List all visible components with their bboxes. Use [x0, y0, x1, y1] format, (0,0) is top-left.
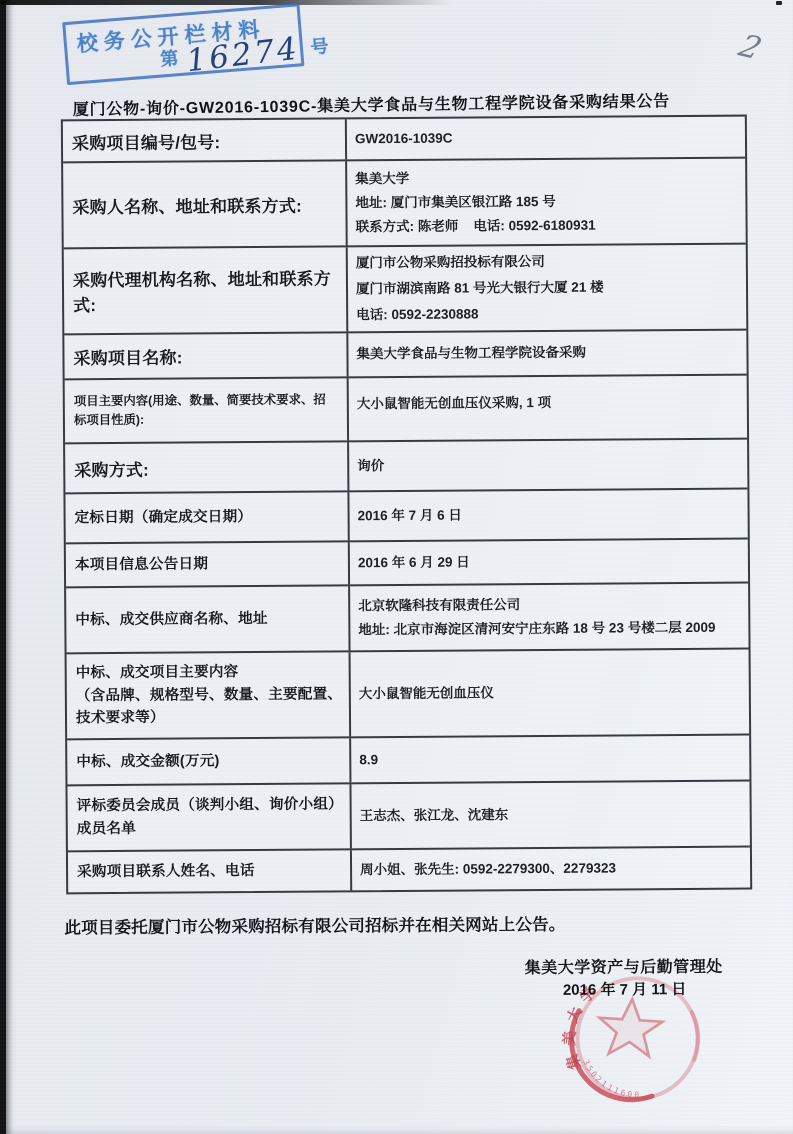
row-label: 本项目信息公告日期 [66, 542, 350, 586]
row-value: 2016 年 7 月 6 日 [349, 490, 747, 541]
row-value: 集美大学 地址: 厦门市集美区银江路 185 号 联系方式: 陈老师 电话: 0… [347, 159, 746, 246]
row-value: 王志杰、张江龙、沈建东 [351, 782, 749, 849]
row-label: 采购方式: [65, 442, 349, 492]
table-row: 采购项目联系人姓名、电话 周小姐、张先生: 0592-2279300、22793… [68, 848, 750, 893]
table-row: 评标委员会成员（谈判小组、询价小组） 成员名单 王志杰、张江龙、沈建东 [67, 782, 749, 853]
stamp-number-suffix: 号 [310, 36, 330, 57]
table-row: 采购代理机构名称、地址和联系方 式: 厦门市公物采购招投标有限公司 厦门市湖滨南… [64, 245, 747, 336]
table-row: 项目主要内容(用途、数量、简要技术要求、招 标项目性质): 大小鼠智能无创血压仪… [65, 376, 747, 445]
row-value: 大小鼠智能无创血压仪采购, 1 项 [349, 376, 747, 441]
row-value: GW2016-1039C [347, 117, 745, 160]
seal-circle-right-arc [689, 1012, 701, 1060]
row-label: 中标、成交供应商名称、地址 [66, 586, 350, 652]
row-label: 采购项目联系人姓名、电话 [68, 850, 352, 892]
procurement-table: 采购项目编号/包号: GW2016-1039C 采购人名称、地址和联系方式: 集… [61, 115, 752, 895]
row-label: 中标、成交项目主要内容 （含品牌、规格型号、数量、主要配置、 技术要求等） [67, 652, 352, 738]
row-label: 采购项目编号/包号: [63, 119, 347, 161]
row-label: 定标日期（确定成交日期） [65, 492, 349, 542]
table-row: 中标、成交金额(万元) 8.9 [67, 736, 749, 787]
red-seal: 集美大学 3502111600 [540, 957, 734, 1116]
row-value: 2016 年 6 月 29 日 [350, 540, 748, 585]
row-value: 厦门市公物采购招投标有限公司 厦门市湖滨南路 81 号光大银行大厦 21 楼 电… [348, 245, 747, 332]
archive-stamp-box: 校务公开栏材料 第 16274 号 [62, 3, 304, 85]
row-value: 北京软隆科技有限责任公司 地址: 北京市海淀区清河安宁庄东路 18 号 23 号… [350, 584, 748, 651]
row-value: 大小鼠智能无创血压仪 [351, 650, 750, 737]
table-row: 本项目信息公告日期 2016 年 6 月 29 日 [66, 540, 748, 589]
row-value: 周小姐、张先生: 0592-2279300、2279323 [352, 848, 750, 891]
row-label: 评标委员会成员（谈判小组、询价小组） 成员名单 [67, 784, 351, 850]
footer-note: 此项目委托厦门市公物采购招标有限公司招标并在相关网站上公告。 [64, 911, 565, 938]
row-label: 采购人名称、地址和联系方式: [63, 161, 348, 247]
stamp-number-prefix: 第 [160, 48, 180, 69]
row-label: 中标、成交金额(万元) [67, 738, 351, 784]
table-row: 采购人名称、地址和联系方式: 集美大学 地址: 厦门市集美区银江路 185 号 … [63, 159, 746, 250]
table-row: 采购方式: 询价 [65, 440, 747, 495]
table-row: 采购项目编号/包号: GW2016-1039C [63, 117, 745, 164]
table-row: 中标、成交供应商名称、地址 北京软隆科技有限责任公司 地址: 北京市海淀区清河安… [66, 584, 748, 655]
table-row: 定标日期（确定成交日期） 2016 年 7 月 6 日 [65, 490, 747, 545]
table-row: 采购项目名称: 集美大学食品与生物工程学院设备采购 [64, 331, 746, 381]
pencil-mark: 2 [734, 28, 767, 66]
row-value: 询价 [349, 440, 747, 491]
document-content: 校务公开栏材料 第 16274 号 2 厦门公物-询价-GW2016-1039C… [0, 0, 793, 1134]
seal-arc-label: 集美大学 [553, 977, 613, 1072]
row-value: 集美大学食品与生物工程学院设备采购 [348, 331, 746, 377]
row-value: 8.9 [351, 736, 749, 783]
seal-star-icon [597, 997, 663, 1057]
row-label: 采购项目名称: [64, 333, 348, 378]
table-row: 中标、成交项目主要内容 （含品牌、规格型号、数量、主要配置、 技术要求等） 大小… [67, 650, 750, 741]
row-label: 项目主要内容(用途、数量、简要技术要求、招 标项目性质): [65, 378, 349, 442]
row-label: 采购代理机构名称、地址和联系方 式: [64, 247, 349, 333]
